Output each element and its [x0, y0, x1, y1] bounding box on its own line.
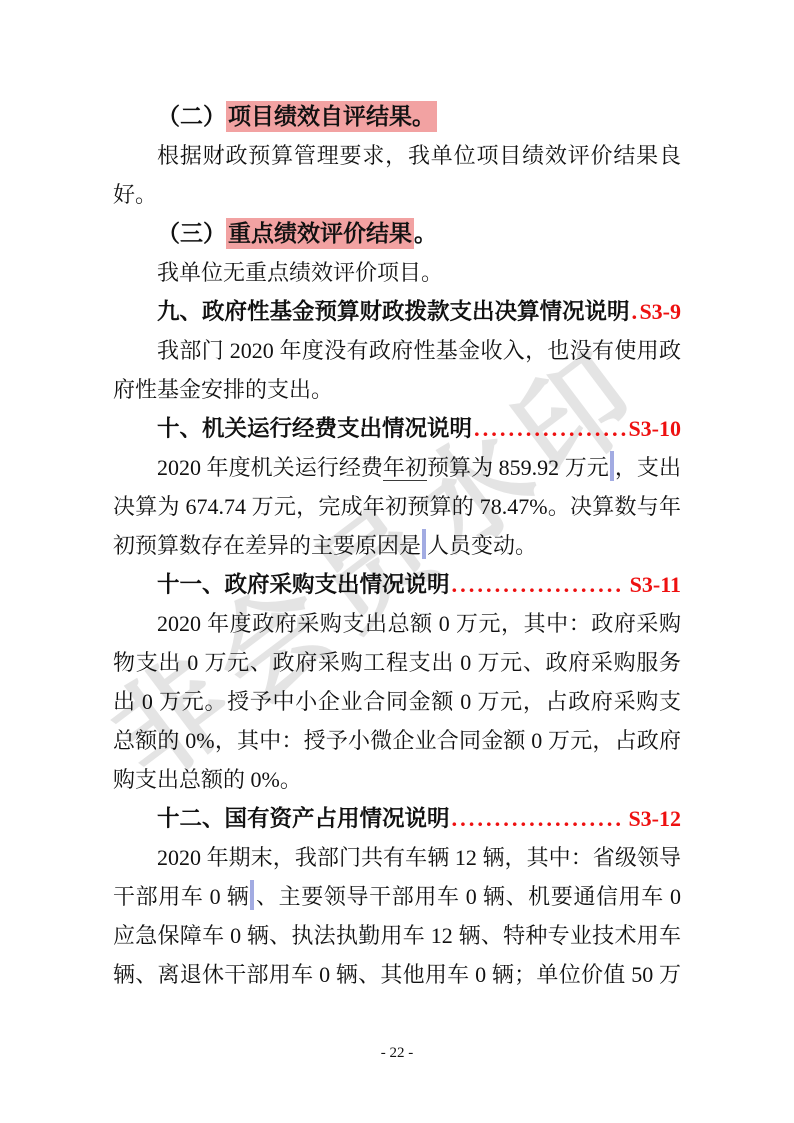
body-text: 预算为 859.92 万元: [427, 455, 609, 480]
body-text: 府性基金安排的支出。: [113, 377, 333, 402]
body-text: 2020 年度政府采购支出总额 0 万元，其中：政府采购货: [113, 611, 681, 643]
document-body: （二）项目绩效自评结果。 根据财政预算管理要求，我单位项目绩效评价结果良 好。 …: [113, 97, 681, 994]
section-heading-3: （三）重点绩效评价结果。: [113, 214, 681, 253]
body-text: ，支出: [615, 455, 681, 480]
body-line: 2020 年期末，我部门共有车辆 12 辆，其中：省级领导: [113, 838, 681, 877]
body-text: 干部用车 0 辆: [113, 884, 249, 909]
text-cursor-mark: [422, 529, 426, 559]
leader-dots: ..: [632, 292, 638, 331]
body-text: 我单位无重点绩效评价项目。: [157, 260, 443, 285]
body-line: 我部门 2020 年度没有政府性基金收入，也没有使用政: [113, 331, 681, 370]
body-line: 2020 年度政府采购支出总额 0 万元，其中：政府采购货: [113, 604, 681, 643]
body-line: 购支出总额的 0%。: [113, 760, 681, 799]
body-text: 物支出 0 万元、政府采购工程支出 0 万元、政府采购服务支: [113, 650, 681, 682]
body-text: 我部门 2020 年度没有政府性基金收入，也没有使用政: [157, 338, 681, 363]
toc-ref: S3-11: [630, 565, 681, 604]
body-line: 出 0 万元。授予中小企业合同金额 0 万元，占政府采购支出: [113, 682, 681, 721]
heading-label: 十二、国有资产占用情况说明: [157, 799, 450, 838]
toc-ref: S3-10: [628, 409, 681, 448]
section-heading-11: 十一、政府采购支出情况说明 .................... S3-11: [113, 565, 681, 604]
body-text: 决算为 674.74 万元，完成年初预算的 78.47%。决算数与年: [113, 494, 681, 519]
section-heading-10: 十、机关运行经费支出情况说明 .................... S3-1…: [113, 409, 681, 448]
body-text: 出 0 万元。授予中小企业合同金额 0 万元，占政府采购支出: [113, 689, 681, 721]
heading-suffix: 。: [414, 221, 437, 246]
section-heading-2: （二）项目绩效自评结果。: [113, 97, 681, 136]
body-line: 初预算数存在差异的主要原因是人员变动。: [113, 526, 681, 565]
body-text: 根据财政预算管理要求，我单位项目绩效评价结果良: [157, 143, 681, 168]
body-line: 府性基金安排的支出。: [113, 370, 681, 409]
toc-ref: S3-12: [628, 799, 681, 838]
leader-dots: ....................: [452, 799, 627, 838]
body-text: 2020 年期末，我部门共有车辆 12 辆，其中：省级领导: [157, 845, 681, 870]
document-page: { "page": { "number": "- 22 -", "waterma…: [0, 0, 794, 1123]
heading-label: 九、政府性基金预算财政拨款支出决算情况说明: [157, 292, 630, 331]
body-text: 总额的 0%，其中：授予小微企业合同金额 0 万元，占政府采: [113, 728, 681, 760]
heading-label: 十、机关运行经费支出情况说明: [157, 409, 472, 448]
body-line: 应急保障车 0 辆、执法执勤用车 12 辆、特种专业技术用车 0: [113, 916, 681, 955]
body-line: 好。: [113, 175, 681, 214]
heading-label: 十一、政府采购支出情况说明: [157, 565, 450, 604]
body-text: 应急保障车 0 辆、执法执勤用车 12 辆、特种专业技术用车 0: [113, 923, 681, 955]
body-line: 2020 年度机关运行经费年初预算为 859.92 万元，支出: [113, 448, 681, 487]
text-cursor-mark: [610, 451, 614, 481]
body-line: 根据财政预算管理要求，我单位项目绩效评价结果良: [113, 136, 681, 175]
body-text: 人员变动。: [427, 533, 537, 558]
body-text: 辆、离退休干部用车 0 辆、其他用车 0 辆；单位价值 50 万: [113, 962, 681, 987]
heading-prefix: （三）: [157, 221, 226, 246]
body-line: 干部用车 0 辆、主要领导干部用车 0 辆、机要通信用车 0 辆、: [113, 877, 681, 916]
underline-mark: 年初: [383, 455, 427, 481]
body-line: 总额的 0%，其中：授予小微企业合同金额 0 万元，占政府采: [113, 721, 681, 760]
body-text: 购支出总额的 0%。: [113, 767, 302, 792]
body-line: 决算为 674.74 万元，完成年初预算的 78.47%。决算数与年: [113, 487, 681, 526]
body-text: 好。: [113, 182, 157, 207]
leader-dots: ....................: [474, 409, 626, 448]
highlighted-title: 重点绩效评价结果: [226, 218, 414, 249]
page-number: - 22 -: [0, 1045, 794, 1062]
highlighted-title: 项目绩效自评结果。: [226, 101, 437, 132]
body-text: 2020 年度机关运行经费: [157, 455, 383, 480]
body-line: 物支出 0 万元、政府采购工程支出 0 万元、政府采购服务支: [113, 643, 681, 682]
heading-prefix: （二）: [157, 104, 226, 129]
body-line: 辆、离退休干部用车 0 辆、其他用车 0 辆；单位价值 50 万: [113, 955, 681, 994]
section-heading-9: 九、政府性基金预算财政拨款支出决算情况说明 .. S3-9: [113, 292, 681, 331]
section-heading-12: 十二、国有资产占用情况说明 .................... S3-12: [113, 799, 681, 838]
text-cursor-mark: [250, 880, 254, 910]
body-text: 初预算数存在差异的主要原因是: [113, 533, 421, 558]
leader-dots: ....................: [452, 565, 628, 604]
body-line: 我单位无重点绩效评价项目。: [113, 253, 681, 292]
toc-ref: S3-9: [639, 292, 681, 331]
